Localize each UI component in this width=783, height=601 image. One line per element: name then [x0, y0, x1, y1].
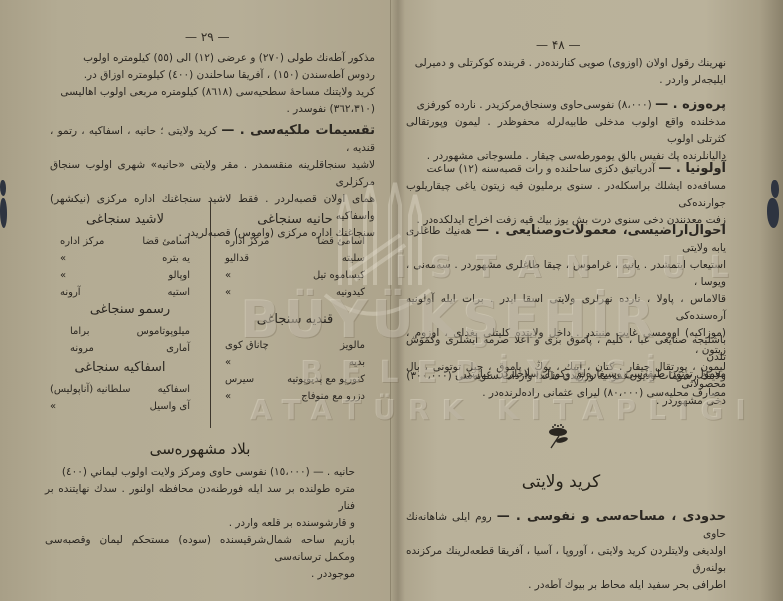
table-row: استيه آرونه	[60, 284, 190, 301]
intro-paragraph: مذكور آطه‌نك طولى (٢٧٠) و عرضى (١٢) الى …	[50, 50, 375, 118]
column-divider	[210, 202, 211, 428]
text-line: اولديغى ولايتلردن كريد ولايتى ، آوروپا ،…	[406, 543, 726, 577]
table-header: اسامئ قضا مركز اداره	[60, 233, 190, 250]
table-row: كيساموه ‌تيل »	[225, 267, 365, 284]
text-line: مدخلنده واقع اولوب مدخلى طابيه‌لرله محفو…	[406, 114, 726, 148]
crete-province-heading: كريد ولايتى	[491, 472, 631, 492]
ink-blot	[0, 180, 6, 196]
text-line: حانيه . — (١٥،٠٠٠) نفوسى حاوى ومركز ولاي…	[45, 464, 355, 481]
section-heading: آولونيا . —	[658, 161, 726, 176]
table-row: كنورپو مع پديوپوتيه سيرس	[225, 371, 365, 388]
table-row: آمارى مرونه	[70, 340, 190, 357]
table-kandiye-sanjak: قنديه سنجاغى مالويز چاناق كوى بديه » كنو…	[225, 312, 365, 405]
table-row: بديه »	[225, 354, 365, 371]
ink-blot	[767, 198, 779, 228]
floral-ornament-icon	[541, 418, 575, 452]
page-number: — ۴۸ —	[536, 38, 581, 52]
table-row: سليته قداليو	[225, 250, 365, 267]
gutter-shadow	[391, 0, 405, 601]
section-heading: تقسيمات ملكيه‌سى . —	[221, 123, 375, 138]
text-line: بازيم ساحه شمال‌شرقيسنده (سوده) مستحكم ل…	[45, 532, 355, 566]
famous-towns-paragraph: حانيه . — (١٥،٠٠٠) نفوسى حاوى ومركز ولاي…	[45, 464, 355, 583]
section-heading: احوال‌اراضيسى، معمولات‌وصنايعى . —	[476, 223, 726, 238]
text-line: استيعاب ايتمشدر . يانيه ، غراموس ، چيقا …	[406, 257, 726, 291]
text-line: اطرافى بحر سفيد ايله محاط بر بيوك آطه‌در…	[406, 577, 726, 594]
text-line: مسافه‌ده ايشلك براسكله‌در . سنوى برمليون…	[406, 178, 726, 212]
table-row: مالويز چاناق كوى	[225, 337, 365, 354]
text-line: (٣٦٢،٣١٠) نفوسدر .	[50, 101, 375, 118]
table-row: اوپالو »	[60, 267, 190, 284]
text-line: مذكور آطه‌نك طولى (٢٧٠) و عرضى (١٢) الى …	[50, 50, 375, 67]
table-hania-sanjak: حانيه سنجاغى اسامئ قضا مركز اداره سليته …	[225, 212, 365, 301]
text-line: كريد ولايتنك مساحهٔ سطحيه‌سى (٨٦١٨) كيلو…	[50, 84, 375, 101]
table-row: كيدونيه »	[225, 284, 365, 301]
table-row: اسفاكيه سلطانيه (آناپوليس)	[50, 381, 190, 398]
text-line: موجوددر .	[45, 566, 355, 583]
table-title: قنديه سنجاغى	[225, 312, 365, 327]
text-line: مصارف محليه‌سى (٨٠،٠٠٠) ليراى عثمانى راد…	[406, 385, 726, 402]
section-heading: حدودى ، مساحه‌سى و نفوسى . —	[497, 509, 726, 524]
text-line: ردوس آطه‌سندن (١٥٠) ، آفريقا ساحلندن (٤٠…	[50, 67, 375, 84]
text-line: باشليجه صنايعى عبا ، كليم ، پاموق بزى و …	[406, 332, 726, 366]
preveza-paragraph: پره‌وزه . — (٨،٠٠٠) نفوسى‌حاوى وسنجاق‌مر…	[406, 96, 726, 165]
table-title: حانيه سنجاغى	[225, 212, 365, 227]
table-title: لاشيد سنجاغى	[60, 212, 190, 227]
table-title: رسمو سنجاغى	[70, 302, 190, 317]
table-row: ميلوپوتاموس براما	[70, 323, 190, 340]
text-line: ولايتك رسومات وديون‌عموميه ورژيدن ماعدا …	[406, 368, 726, 385]
ink-blot	[0, 198, 7, 228]
left-page: — ۲۹ — مذكور آطه‌نك طولى (٢٧٠) و عرضى (١…	[0, 0, 391, 601]
text-line: (٨،٠٠٠) نفوسى‌حاوى وسنجاق‌مركزيدر . نارد…	[417, 99, 652, 111]
table-header: اسامئ قضا مركز اداره	[225, 233, 365, 250]
text-line: متره طولنده بر سد ايله فورطنه‌دن محافظه …	[45, 481, 355, 515]
intro-paragraph: نهرينك رقول اولان (اوزوى) صويى كنارنده‌د…	[406, 55, 726, 89]
table-lasithi-sanjak: لاشيد سنجاغى اسامئ قضا مركز اداره يه بتر…	[60, 212, 190, 301]
famous-towns-heading: بلاد مشهوره‌سى	[130, 440, 270, 458]
table-sfakia-sanjak: اسفاكيه سنجاغى اسفاكيه سلطانيه (آناپوليس…	[50, 360, 190, 415]
right-page: — ۴۸ — نهرينك رقول اولان (اوزوى) صويى كن…	[391, 0, 783, 601]
crete-paragraph: حدودى ، مساحه‌سى و نفوسى . — روم ايلى شا…	[406, 508, 726, 594]
book-spread: — ۲۹ — مذكور آطه‌نك طولى (٢٧٠) و عرضى (١…	[0, 0, 783, 601]
table-rethymno-sanjak: رسمو سنجاغى ميلوپوتاموس براما آمارى مرون…	[70, 302, 190, 357]
text-line: لاشيد سنجاقلرينه منقسمدر . مقر ولايتى «ح…	[50, 157, 375, 191]
revenue-paragraph: ولايتك رسومات وديون‌عموميه ورژيدن ماعدا …	[406, 368, 726, 402]
ink-blot	[771, 180, 779, 198]
text-line: آدرياتيق دكزى ساحلنده و رات قصبه‌سنه (١٢…	[427, 163, 655, 175]
table-title: اسفاكيه سنجاغى	[50, 360, 190, 375]
avlonya-paragraph: آولونيا . — آدرياتيق دكزى ساحلنده و رات …	[406, 160, 726, 229]
text-line: ايليجه‌لر واردر .	[406, 72, 726, 89]
table-row: دزرو مع منوفاج »	[225, 388, 365, 405]
table-row: يه بتره »	[60, 250, 190, 267]
text-line: نهرينك رقول اولان (اوزوى) صويى كنارنده‌د…	[406, 55, 726, 72]
section-heading: پره‌وزه . —	[655, 97, 726, 112]
text-line: قالاماس ، پاولا ، نارده نهرلرى ولايتى اس…	[406, 291, 726, 325]
table-row: آى واسيل »	[50, 398, 190, 415]
text-line: و قارشوسنده بر قلعه واردر .	[45, 515, 355, 532]
page-number: — ۲۹ —	[185, 30, 230, 44]
